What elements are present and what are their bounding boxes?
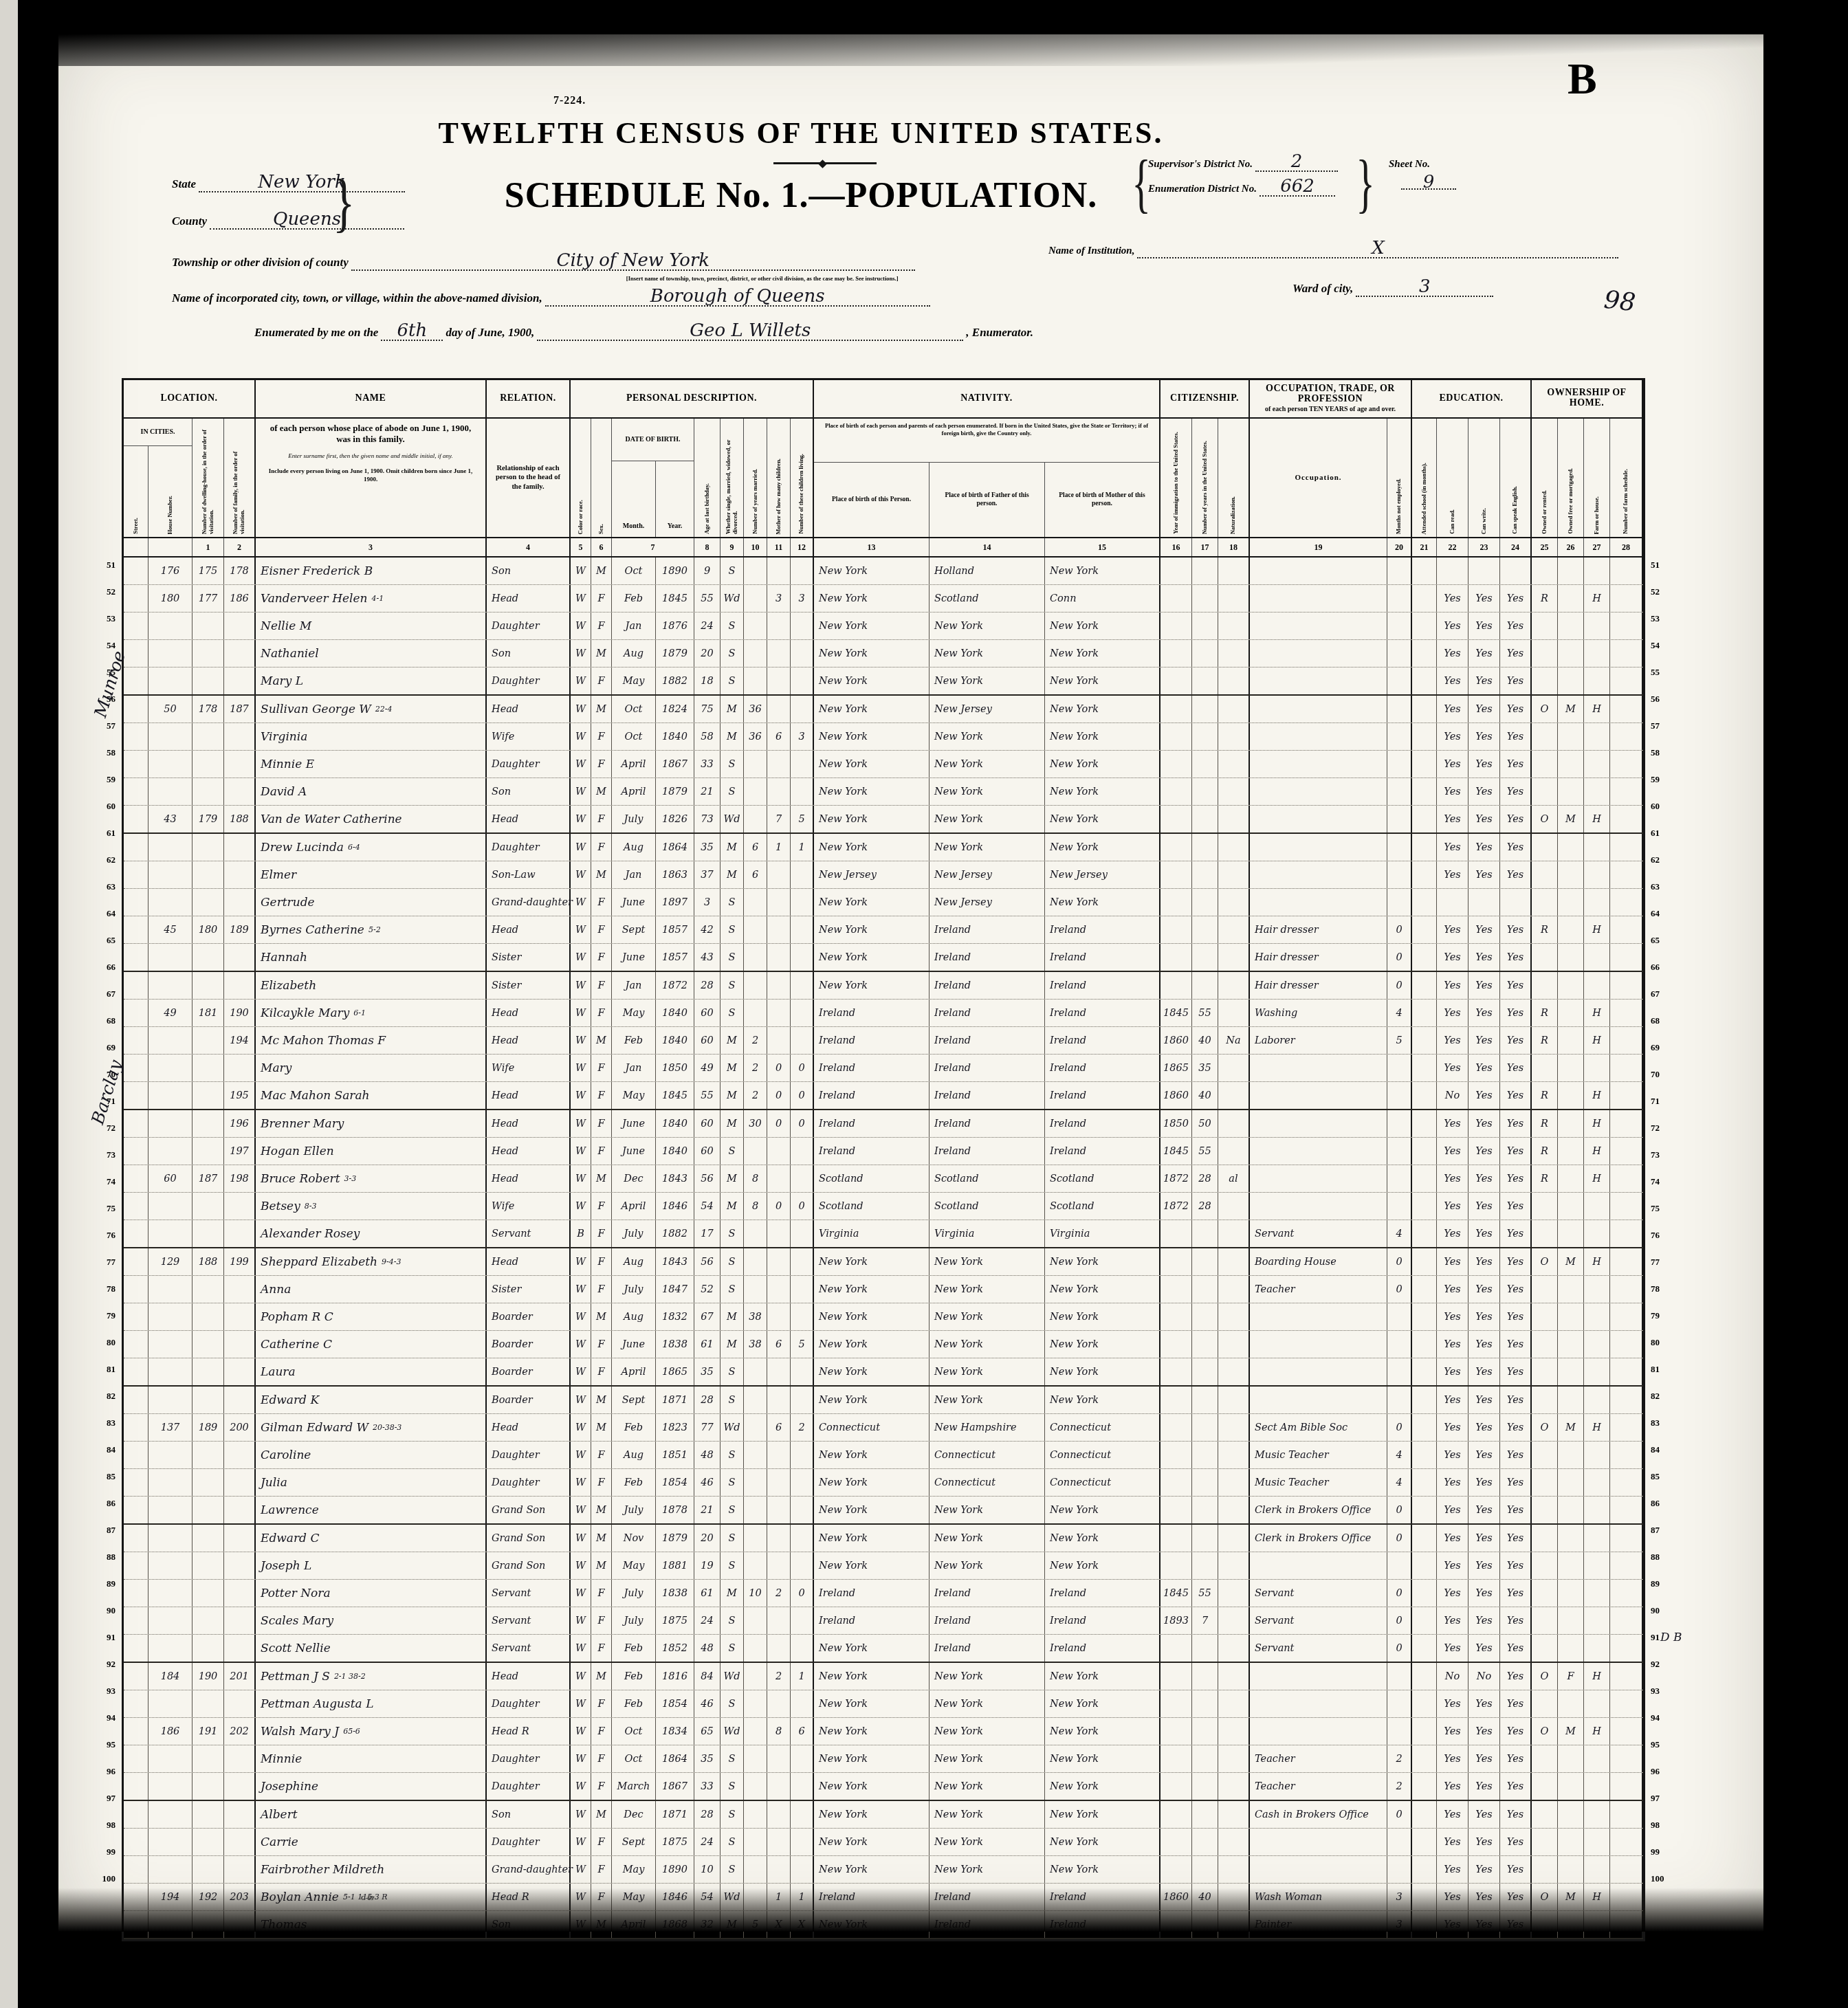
cell-ow: O (1532, 1718, 1558, 1745)
cell-ag: 48 (694, 1635, 720, 1662)
cell-cl: 0 (791, 1082, 814, 1109)
cell-fh: H (1584, 1110, 1610, 1137)
cell-en: Yes (1500, 1276, 1532, 1303)
cell-im (1160, 1414, 1192, 1441)
cell-bm: Nov (612, 1525, 656, 1552)
cell-by: 1879 (656, 778, 694, 805)
cell-fm (224, 1552, 256, 1579)
cell-pf: Ireland (929, 1082, 1045, 1109)
cell-st (124, 1138, 148, 1165)
cell-mg (1558, 1138, 1584, 1165)
cell-sx: F (591, 1000, 612, 1026)
cell-pb: New York (814, 806, 929, 832)
cell-st (124, 696, 148, 722)
row-number-right: 59 (1645, 766, 1681, 793)
cell-pf: Connecticut (929, 1442, 1045, 1468)
cell-cr: W (571, 1525, 591, 1552)
cell-fm (224, 1635, 256, 1662)
cell-yu (1192, 1745, 1218, 1772)
cell-hs (148, 1276, 192, 1303)
cell-hs: 137 (148, 1414, 192, 1441)
cell-mc: X (767, 1911, 791, 1938)
cell-rd: Yes (1437, 1497, 1468, 1523)
cell-rl: Servant (487, 1220, 571, 1247)
cell-sh (1610, 1138, 1643, 1165)
cell-ym (744, 1138, 767, 1165)
cell-im (1160, 1552, 1192, 1579)
cell-nm: Nathaniel (256, 640, 487, 667)
cell-sc (1412, 1497, 1437, 1523)
row-number-right: 79 (1645, 1302, 1681, 1329)
cell-hs (148, 1331, 192, 1358)
cell-cr: W (571, 723, 591, 750)
cell-ue: 3 (1387, 1911, 1412, 1938)
city-field: Name of incorporated city, town, or vill… (172, 291, 930, 307)
cell-ym (744, 1525, 767, 1552)
cell-en: Yes (1500, 778, 1532, 805)
cell-yu: 7 (1192, 1607, 1218, 1634)
cell-sx: F (591, 1276, 612, 1303)
cell-oc: Laborer (1250, 1027, 1387, 1054)
cell-bm: July (612, 1607, 656, 1634)
cell-ym (744, 1358, 767, 1385)
cell-na: al (1218, 1165, 1250, 1192)
cell-cr: W (571, 1829, 591, 1855)
cell-sx: F (591, 585, 612, 612)
cell-bm: Aug (612, 1442, 656, 1468)
cell-fm (224, 1580, 256, 1607)
cell-ow (1532, 668, 1558, 694)
cell-im: 1845 (1160, 1138, 1192, 1165)
row-number-right: 53 (1645, 605, 1681, 632)
cell-sx: M (591, 640, 612, 667)
cell-ue (1387, 861, 1412, 888)
cell-na (1218, 972, 1250, 999)
row-number-right: 88 (1645, 1543, 1681, 1570)
cell-st (124, 723, 148, 750)
row-number-left: 63 (78, 873, 122, 900)
cell-en: Yes (1500, 1138, 1532, 1165)
cell-cl: X (791, 1911, 814, 1938)
cell-fh (1584, 1525, 1610, 1552)
cell-by: 1852 (656, 1635, 694, 1662)
cell-fm: 202 (224, 1718, 256, 1745)
cell-rl: Son (487, 558, 571, 584)
cell-bm: May (612, 668, 656, 694)
cell-bm: Feb (612, 1469, 656, 1496)
cell-ow: R (1532, 1027, 1558, 1054)
cell-st (124, 1165, 148, 1192)
cell-sc (1412, 861, 1437, 888)
cell-st (124, 1082, 148, 1109)
cell-na (1218, 1690, 1250, 1717)
cell-yu (1192, 613, 1218, 639)
cell-nm: Sullivan George W22-4 (256, 696, 487, 722)
enumeration-label: Enumeration District No. (1148, 184, 1257, 195)
row-number-left: 100 (78, 1865, 122, 1892)
cell-wr: Yes (1468, 696, 1500, 722)
cell-pf: Ireland (929, 1027, 1045, 1054)
cell-rd: Yes (1437, 806, 1468, 832)
cell-st (124, 1442, 148, 1468)
cell-na (1218, 778, 1250, 805)
cell-ms: M (720, 1027, 744, 1054)
cell-im (1160, 1663, 1192, 1690)
cell-cl (791, 889, 814, 916)
cell-pb: Ireland (814, 1580, 929, 1607)
cell-en: Yes (1500, 1220, 1532, 1247)
cell-pf: New York (929, 1552, 1045, 1579)
cell-pf: Connecticut (929, 1469, 1045, 1496)
cell-im (1160, 1635, 1192, 1662)
cell-yu (1192, 1690, 1218, 1717)
name-column-header: of each person whose place of abode on J… (256, 419, 487, 537)
row-number-left: 77 (78, 1248, 122, 1275)
cell-sx: F (591, 916, 612, 943)
cell-en: Yes (1500, 1248, 1532, 1275)
cell-nm: Virginia (256, 723, 487, 750)
state-label: State (172, 177, 196, 190)
cell-en: Yes (1500, 1055, 1532, 1081)
cell-en: Yes (1500, 585, 1532, 612)
cell-pb: New York (814, 1387, 929, 1413)
cell-na (1218, 861, 1250, 888)
cell-cr: W (571, 1165, 591, 1192)
cell-wr: Yes (1468, 1745, 1500, 1772)
cell-bm: Feb (612, 1414, 656, 1441)
cell-dw (192, 1690, 224, 1717)
cell-pf: New York (929, 1773, 1045, 1800)
cell-en: Yes (1500, 1000, 1532, 1026)
cell-st (124, 1911, 148, 1938)
cell-rl: Son (487, 1801, 571, 1828)
cell-rl: Grand-daughter (487, 1856, 571, 1883)
cell-na (1218, 834, 1250, 861)
cell-dw (192, 1469, 224, 1496)
cell-yu (1192, 1856, 1218, 1883)
cell-ue (1387, 834, 1412, 861)
cell-fh: H (1584, 696, 1610, 722)
cell-rd: Yes (1437, 1387, 1468, 1413)
cell-rl: Daughter (487, 668, 571, 694)
city-label: Name of incorporated city, town, or vill… (172, 291, 542, 305)
cell-pf: New Hampshire (929, 1414, 1045, 1441)
cell-rl: Daughter (487, 1773, 571, 1800)
cell-im (1160, 640, 1192, 667)
cell-pm: Scotland (1045, 1165, 1160, 1192)
cell-oc (1250, 1193, 1387, 1220)
cell-mc: 2 (767, 1663, 791, 1690)
cell-hs (148, 889, 192, 916)
cell-fh: H (1584, 585, 1610, 612)
cell-sc (1412, 1303, 1437, 1330)
cell-ym (744, 558, 767, 584)
cell-bm: July (612, 1220, 656, 1247)
cell-sx: M (591, 1497, 612, 1523)
cell-dw (192, 1773, 224, 1800)
cell-fm (224, 1387, 256, 1413)
cell-ue: 4 (1387, 1442, 1412, 1468)
cell-ue (1387, 1165, 1412, 1192)
cell-nm: Brenner Mary (256, 1110, 487, 1137)
cell-na (1218, 1000, 1250, 1026)
cell-bm: April (612, 751, 656, 777)
cell-cr: W (571, 1856, 591, 1883)
cell-by: 1871 (656, 1387, 694, 1413)
cell-by: 1890 (656, 558, 694, 584)
col-month-label: Month. (612, 461, 656, 537)
cell-nm: Julia (256, 1469, 487, 1496)
cell-wr: Yes (1468, 1690, 1500, 1717)
cell-pb: New York (814, 1525, 929, 1552)
cell-pf: New York (929, 1387, 1045, 1413)
cell-bm: July (612, 806, 656, 832)
cell-mc (767, 1469, 791, 1496)
cell-fh (1584, 1552, 1610, 1579)
cell-yu (1192, 778, 1218, 805)
cell-sx: F (591, 972, 612, 999)
col-owned-free-label: Owned free or mortgaged. (1558, 419, 1584, 537)
cell-pf: Ireland (929, 1138, 1045, 1165)
cell-rl: Head (487, 916, 571, 943)
cell-sx: F (591, 834, 612, 861)
cell-by: 1840 (656, 723, 694, 750)
cell-ue (1387, 1055, 1412, 1081)
cell-rd: Yes (1437, 1000, 1468, 1026)
cell-pf: Virginia (929, 1220, 1045, 1247)
table-row: HannahSisterWFJune185743SNew YorkIreland… (124, 944, 1643, 972)
cell-fm (224, 1856, 256, 1883)
cell-cl (791, 558, 814, 584)
cell-yu (1192, 1387, 1218, 1413)
cell-ym: 36 (744, 696, 767, 722)
cell-cl: 3 (791, 723, 814, 750)
cell-yu: 40 (1192, 1027, 1218, 1054)
cell-na (1218, 613, 1250, 639)
cell-en: Yes (1500, 613, 1532, 639)
cell-im (1160, 972, 1192, 999)
cell-ue (1387, 585, 1412, 612)
cell-bm: Sept (612, 916, 656, 943)
cell-im: 1845 (1160, 1580, 1192, 1607)
cell-en: Yes (1500, 1469, 1532, 1496)
column-number: 13 (814, 538, 929, 556)
cell-im: 1872 (1160, 1165, 1192, 1192)
cell-ms: Wd (720, 1414, 744, 1441)
cell-ym (744, 751, 767, 777)
cell-sh (1610, 1110, 1643, 1137)
cell-nm: Scales Mary (256, 1607, 487, 1634)
cell-bm: Aug (612, 640, 656, 667)
cell-hs (148, 1911, 192, 1938)
table-row: CarolineDaughterWFAug185148SNew YorkConn… (124, 1442, 1643, 1469)
row-number-right: 75 (1645, 1195, 1681, 1222)
cell-ag: 24 (694, 1607, 720, 1634)
cell-sx: F (591, 806, 612, 832)
cell-sc (1412, 1525, 1437, 1552)
cell-by: 1882 (656, 1220, 694, 1247)
cell-fh (1584, 668, 1610, 694)
cell-rl: Head (487, 806, 571, 832)
cell-cr: W (571, 1690, 591, 1717)
cell-ow: O (1532, 1663, 1558, 1690)
cell-bm: Jan (612, 972, 656, 999)
cell-ue (1387, 1829, 1412, 1855)
cell-nm: Hogan Ellen (256, 1138, 487, 1165)
row-number-right: 57 (1645, 712, 1681, 739)
cell-bm: Feb (612, 1690, 656, 1717)
cell-ow (1532, 834, 1558, 861)
cell-na (1218, 1580, 1250, 1607)
cell-nm: Edward K (256, 1387, 487, 1413)
cell-st (124, 1690, 148, 1717)
cell-ow (1532, 1690, 1558, 1717)
cell-fh (1584, 1331, 1610, 1358)
cell-ms: S (720, 1497, 744, 1523)
cell-fh (1584, 1635, 1610, 1662)
cell-fm (224, 668, 256, 694)
cell-ow (1532, 640, 1558, 667)
cell-cl (791, 1690, 814, 1717)
table-row: Minnie EDaughterWFApril186733SNew YorkNe… (124, 751, 1643, 778)
cell-pf: New York (929, 1525, 1045, 1552)
cell-dw (192, 1082, 224, 1109)
cell-mg (1558, 1387, 1584, 1413)
cell-ue: 0 (1387, 1801, 1412, 1828)
cell-sx: M (591, 558, 612, 584)
cell-rd: Yes (1437, 1607, 1468, 1634)
col-children-living-label: Number of these children living. (791, 419, 814, 537)
cell-nm: Vanderveer Helen4-1 (256, 585, 487, 612)
cell-sx: F (591, 613, 612, 639)
cell-sc (1412, 806, 1437, 832)
row-number-left: 83 (78, 1409, 122, 1436)
cell-rd: Yes (1437, 1110, 1468, 1137)
cell-dw (192, 1387, 224, 1413)
column-number: 1 (192, 538, 224, 556)
row-number-left: 81 (78, 1356, 122, 1382)
cell-mg: M (1558, 806, 1584, 832)
cell-fh (1584, 558, 1610, 584)
cell-en: Yes (1500, 1773, 1532, 1800)
district-block: Supervisor's District No. 2 Enumeration … (1148, 157, 1338, 206)
cell-mc: 8 (767, 1718, 791, 1745)
cell-wr: Yes (1468, 1469, 1500, 1496)
cell-rd: Yes (1437, 916, 1468, 943)
cell-pb: New York (814, 1801, 929, 1828)
cell-wr: Yes (1468, 972, 1500, 999)
row-number-right: 84 (1645, 1436, 1681, 1463)
row-number-right: 78 (1645, 1275, 1681, 1302)
cell-sh (1610, 1690, 1643, 1717)
cell-sh (1610, 1331, 1643, 1358)
cell-by: 1843 (656, 1248, 694, 1275)
column-number: 6 (591, 538, 612, 556)
cell-fh: H (1584, 916, 1610, 943)
cell-dw (192, 834, 224, 861)
cell-oc (1250, 1165, 1387, 1192)
cell-ag: 56 (694, 1248, 720, 1275)
column-number: 9 (720, 538, 744, 556)
cell-wr: Yes (1468, 1248, 1500, 1275)
cell-dw (192, 613, 224, 639)
cell-rl: Head (487, 1248, 571, 1275)
cell-im (1160, 1358, 1192, 1385)
cell-cr: W (571, 1303, 591, 1330)
cell-sh (1610, 778, 1643, 805)
cell-by: 1845 (656, 585, 694, 612)
cell-im (1160, 861, 1192, 888)
cell-pf: New York (929, 1663, 1045, 1690)
cell-cr: W (571, 1193, 591, 1220)
cell-pm: Connecticut (1045, 1469, 1160, 1496)
cell-ag: 21 (694, 778, 720, 805)
cell-mc (767, 1607, 791, 1634)
cell-sx: F (591, 1110, 612, 1137)
cell-ym (744, 1469, 767, 1496)
cell-pm: Ireland (1045, 1138, 1160, 1165)
cell-wr: Yes (1468, 1884, 1500, 1910)
cell-mg (1558, 1442, 1584, 1468)
cell-rl: Head (487, 696, 571, 722)
cell-ow (1532, 1745, 1558, 1772)
row-number-left: 87 (78, 1516, 122, 1543)
table-row: CarrieDaughterWFSept187524SNew YorkNew Y… (124, 1829, 1643, 1856)
group-ownership: OWNERSHIP OF HOME. (1532, 380, 1643, 417)
cell-sc (1412, 1884, 1437, 1910)
table-row: GertrudeGrand-daughterWFJune18973SNew Yo… (124, 889, 1643, 916)
cell-rl: Boarder (487, 1387, 571, 1413)
cell-ag: 10 (694, 1856, 720, 1883)
cell-ms: S (720, 1525, 744, 1552)
column-number: 14 (929, 538, 1045, 556)
cell-ms: S (720, 1442, 744, 1468)
cell-sc (1412, 640, 1437, 667)
cell-fm (224, 1745, 256, 1772)
table-row: Catherine CBoarderWFJune183861M3865New Y… (124, 1331, 1643, 1358)
cell-mg (1558, 585, 1584, 612)
row-number-right: 70 (1645, 1061, 1681, 1088)
row-number-left: 66 (78, 953, 122, 980)
cell-dw: 178 (192, 696, 224, 722)
table-row: Edward CGrand SonWMNov187920SNew YorkNew… (124, 1525, 1643, 1552)
table-row: Nellie MDaughterWFJan187624SNew YorkNew … (124, 613, 1643, 640)
cell-ue: 0 (1387, 944, 1412, 971)
cell-oc (1250, 1303, 1387, 1330)
cell-sc (1412, 668, 1437, 694)
cell-ag: 28 (694, 1801, 720, 1828)
cell-bm: Sept (612, 1387, 656, 1413)
cell-pb: New York (814, 668, 929, 694)
cell-dw: 187 (192, 1165, 224, 1192)
cell-rd: Yes (1437, 1331, 1468, 1358)
cell-cr: W (571, 972, 591, 999)
cell-mc (767, 751, 791, 777)
cell-sc (1412, 1580, 1437, 1607)
cell-ag: 73 (694, 806, 720, 832)
cell-dw (192, 1055, 224, 1081)
cell-dw: 180 (192, 916, 224, 943)
cell-im (1160, 1745, 1192, 1772)
cell-pb: New York (814, 1829, 929, 1855)
cell-sx: F (591, 1442, 612, 1468)
cell-oc: Servant (1250, 1220, 1387, 1247)
cell-mc: 1 (767, 1884, 791, 1910)
cell-nm: Laura (256, 1358, 487, 1385)
cell-pm: Ireland (1045, 944, 1160, 971)
cell-im (1160, 1718, 1192, 1745)
cell-yu: 35 (1192, 1055, 1218, 1081)
